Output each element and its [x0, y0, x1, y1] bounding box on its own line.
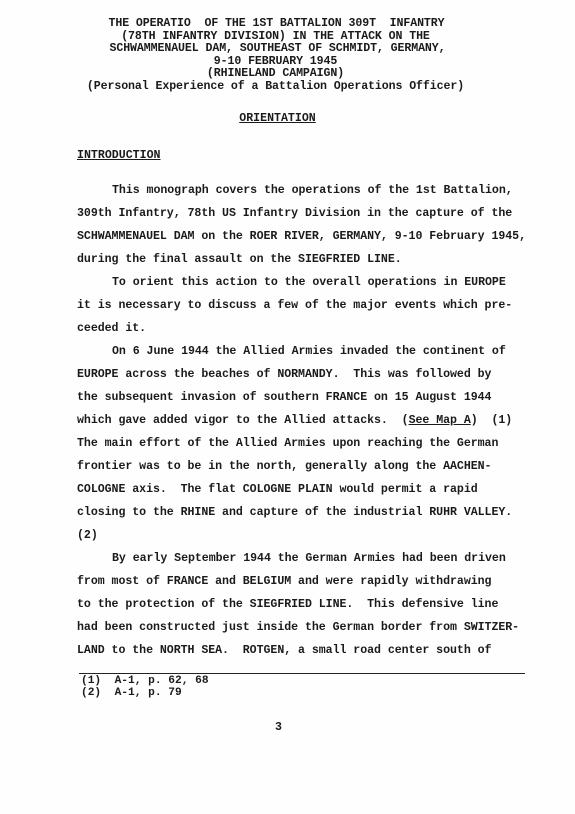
body-line: By early September 1944 the German Armie…	[112, 552, 506, 566]
footnote-2: (2) A-1, p. 79	[81, 687, 182, 699]
body-line: to the protection of the SIEGFRIED LINE.…	[77, 598, 498, 612]
body-line: 309th Infantry, 78th US Infantry Divisio…	[77, 207, 512, 221]
footnote-reference: ) (1)	[471, 414, 512, 427]
title-line-6: (Personal Experience of a Battalion Oper…	[0, 81, 563, 94]
body-line: frontier was to be in the north, general…	[77, 460, 491, 474]
body-line: SCHWAMMENAUEL DAM on the ROER RIVER, GER…	[77, 230, 526, 244]
body-line: had been constructed just inside the Ger…	[77, 621, 519, 635]
body-line: (2)	[77, 529, 98, 543]
body-text: which gave added vigor to the Allied att…	[77, 414, 409, 427]
body-line: On 6 June 1944 the Allied Armies invaded…	[112, 345, 506, 359]
body-line: The main effort of the Allied Armies upo…	[77, 437, 498, 451]
body-line: the subsequent invasion of southern FRAN…	[77, 391, 491, 405]
section-title: ORIENTATION	[0, 112, 565, 125]
body-line: ceeded it.	[77, 322, 146, 336]
subsection-title: INTRODUCTION	[77, 149, 161, 162]
footnote-1: (1) A-1, p. 62, 68	[81, 675, 209, 687]
page-number: 3	[0, 721, 566, 734]
body-line: This monograph covers the operations of …	[112, 184, 513, 198]
body-line: from most of FRANCE and BELGIUM and were…	[77, 575, 491, 589]
body-line: closing to the RHINE and capture of the …	[77, 506, 512, 520]
map-a-reference-link[interactable]: See Map A	[409, 414, 471, 427]
document-title: THE OPERATIO OF THE 1ST BATTALION 309T I…	[0, 18, 575, 94]
body-line: To orient this action to the overall ope…	[112, 276, 506, 290]
body-line: COLOGNE axis. The flat COLOGNE PLAIN wou…	[77, 483, 478, 497]
footnote-divider	[79, 673, 525, 674]
body-line: it is necessary to discuss a few of the …	[77, 299, 512, 313]
body-line: LAND to the NORTH SEA. ROTGEN, a small r…	[77, 644, 491, 658]
document-page: THE OPERATIO OF THE 1ST BATTALION 309T I…	[0, 0, 575, 814]
body-line: EUROPE across the beaches of NORMANDY. T…	[77, 368, 491, 382]
body-line-with-map-reference: which gave added vigor to the Allied att…	[77, 414, 512, 428]
body-line: during the final assault on the SIEGFRIE…	[77, 253, 402, 267]
